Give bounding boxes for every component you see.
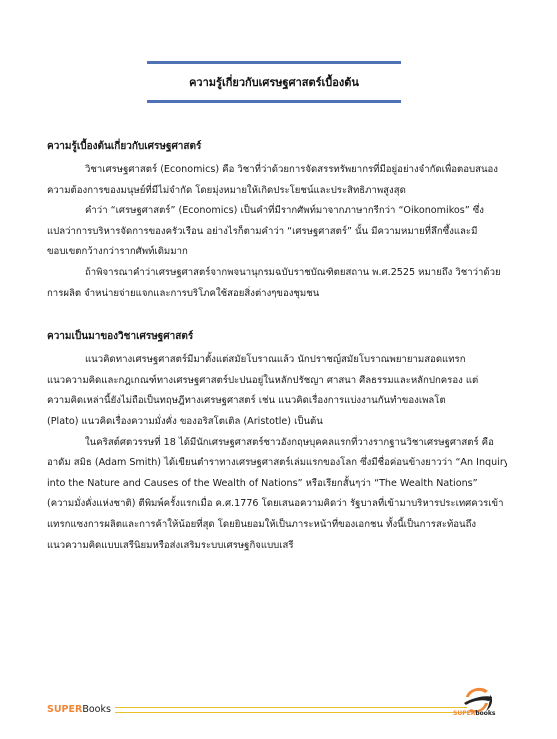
paragraph: ในคริสต์ศตวรรษที่ 18 ได้มีนักเศรษฐศาสตร์… <box>47 433 507 557</box>
text-line: แนวความคิดและกฎเกณฑ์ทางเศรษฐศาสตร์ปะปนอย… <box>47 371 507 392</box>
footer-brand-super: SUPER <box>47 704 82 715</box>
section-heading: ความรู้เบื้องต้นเกี่ยวกับเศรษฐศาสตร์ <box>47 140 507 154</box>
paragraph: วิชาเศรษฐศาสตร์ (Economics) คือ วิชาที่ว… <box>47 160 507 201</box>
text-line: การผลิต จำหน่ายจ่ายแจกและการบริโภคใช้สอย… <box>47 284 507 305</box>
document-body: ความรู้เบื้องต้นเกี่ยวกับเศรษฐศาสตร์ วิช… <box>47 140 507 556</box>
section-heading: ความเป็นมาของวิชาเศรษฐศาสตร์ <box>47 330 507 344</box>
section-economics-history: ความเป็นมาของวิชาเศรษฐศาสตร์ แนวคิดทางเศ… <box>47 330 507 556</box>
logo-super: SUPER <box>453 710 475 717</box>
text-line: (Plato) แนวคิดเรื่องความมั่งคั่ง ของอริส… <box>47 412 507 433</box>
text-line: แนวคิดทางเศรษฐศาสตร์มีมาตั้งแต่สมัยโบราณ… <box>47 350 507 371</box>
footer-brand-books: Books <box>82 704 111 715</box>
footer-divider <box>115 707 467 713</box>
paragraph: ถ้าพิจารณาคำว่าเศรษฐศาสตร์จากพจนานุกรมฉบ… <box>47 263 507 304</box>
text-line: คำว่า “เศรษฐศาสตร์” (Economics) เป็นคำที… <box>47 201 507 222</box>
text-line: แปลว่าการบริหารจัดการของครัวเรือน อย่างไ… <box>47 222 507 243</box>
page-footer: SUPERBooks <box>47 704 467 715</box>
footer-logo-text: SUPERbooks <box>453 710 495 717</box>
text-line: ขอบเขตกว้างกว่ารากศัพท์เดิมมาก <box>47 242 507 263</box>
paragraph: แนวคิดทางเศรษฐศาสตร์มีมาตั้งแต่สมัยโบราณ… <box>47 350 507 432</box>
document-title: ความรู้เกี่ยวกับเศรษฐศาสตร์เบื้องต้น <box>189 73 359 91</box>
text-line: ความต้องการของมนุษย์ที่มีไม่จำกัด โดยมุ่… <box>47 181 507 202</box>
logo-books: books <box>475 710 495 717</box>
document-title-box: ความรู้เกี่ยวกับเศรษฐศาสตร์เบื้องต้น <box>147 61 401 103</box>
text-line: into the Nature and Causes of the Wealth… <box>47 474 507 495</box>
text-line: (ความมั่งคั่งแห่งชาติ) ตีพิมพ์ครั้งแรกเม… <box>47 494 507 515</box>
text-line: ความคิดเหล่านี้ยังไม่ถือเป็นทฤษฎีทางเศรษ… <box>47 391 507 412</box>
text-line: ถ้าพิจารณาคำว่าเศรษฐศาสตร์จากพจนานุกรมฉบ… <box>47 263 507 284</box>
section-economics-basics: ความรู้เบื้องต้นเกี่ยวกับเศรษฐศาสตร์ วิช… <box>47 140 507 304</box>
text-line: วิชาเศรษฐศาสตร์ (Economics) คือ วิชาที่ว… <box>47 160 507 181</box>
paragraph: คำว่า “เศรษฐศาสตร์” (Economics) เป็นคำที… <box>47 201 507 263</box>
text-line: ในคริสต์ศตวรรษที่ 18 ได้มีนักเศรษฐศาสตร์… <box>47 433 507 454</box>
text-line: แนวความคิดแบบเสรีนิยมหรือส่งเสริมระบบเศร… <box>47 536 507 557</box>
superbooks-logo-icon <box>452 683 502 723</box>
text-line: แทรกแซงการผลิตและการค้าให้น้อยที่สุด โดย… <box>47 515 507 536</box>
text-line: อาดัม สมิธ (Adam Smith) ได้เขียนตำราทางเ… <box>47 453 507 474</box>
